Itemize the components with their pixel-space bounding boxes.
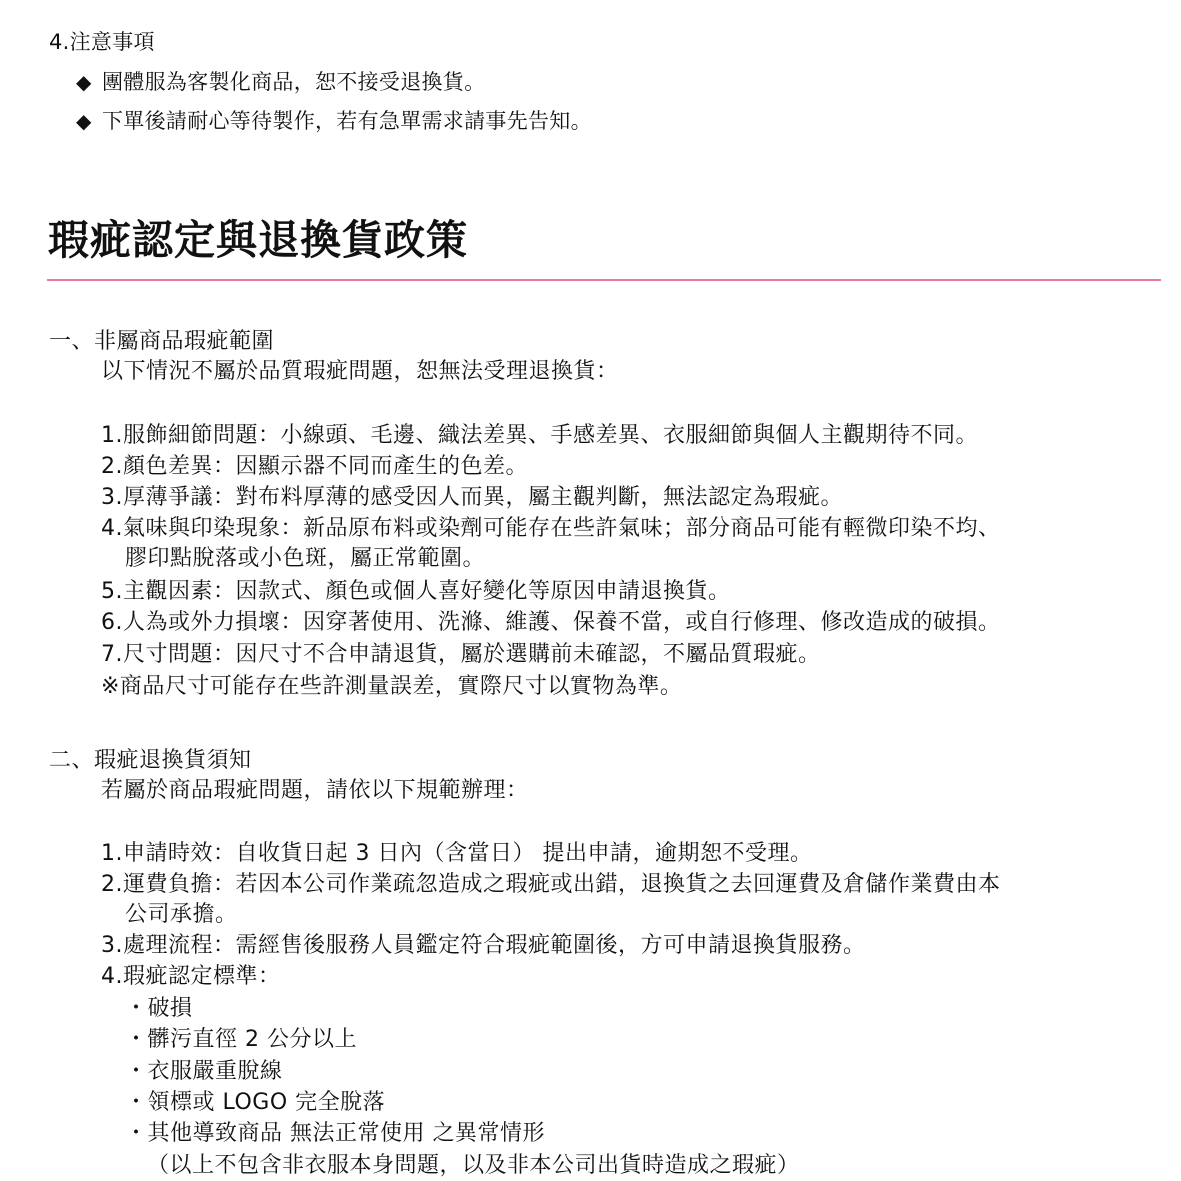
section2-item: 2.運費負擔：若因本公司作業疏忽造成之瑕疵或出錯，退換貨之去回運費及倉儲作業費由… <box>101 869 1001 900</box>
diamond-bullet-icon: ◆ <box>76 70 102 94</box>
notice-item-text: 團體服為客製化商品，恕不接受退換貨。 <box>102 70 485 94</box>
section2-item-continued: 公司承擔。 <box>125 899 238 930</box>
section1-item: 6.人為或外力損壞：因穿著使用、洗滌、維護、保養不當，或自行修理、修改造成的破損… <box>101 607 1001 638</box>
title-divider <box>47 279 1161 281</box>
section1-item: 5.主觀因素：因款式、顏色或個人喜好變化等原因申請退換貨。 <box>101 576 731 607</box>
notice-title: 4.注意事項 <box>49 26 155 56</box>
section2-item: 4.瑕疵認定標準： <box>101 961 281 992</box>
notice-item: ◆下單後請耐心等待製作，若有急單需求請事先告知。 <box>76 105 592 135</box>
section1-note: ※商品尺寸可能存在些許測量誤差，實際尺寸以實物為準。 <box>101 671 682 702</box>
notice-item: ◆團體服為客製化商品，恕不接受退換貨。 <box>76 66 485 96</box>
section2-intro: 若屬於商品瑕疵問題，請依以下規範辦理： <box>101 775 529 806</box>
diamond-bullet-icon: ◆ <box>76 109 102 133</box>
section1-item: 3.厚薄爭議：對布料厚薄的感受因人而異，屬主觀判斷，無法認定為瑕疵。 <box>101 482 843 513</box>
criteria-item: ・其他導致商品 無法正常使用 之異常情形 <box>125 1118 545 1149</box>
criteria-item: ・衣服嚴重脫線 <box>125 1056 283 1087</box>
section1-heading: 一、非屬商品瑕疵範圍 <box>49 326 274 357</box>
section1-item: 1.服飾細節問題：小線頭、毛邊、織法差異、手感差異、衣服細節與個人主觀期待不同。 <box>101 420 978 451</box>
section2-heading: 二、瑕疵退換貨須知 <box>49 745 252 776</box>
page-title: 瑕疵認定與退換貨政策 <box>48 210 468 270</box>
criteria-note: （以上不包含非衣服本身問題，以及非本公司出貨時造成之瑕疵） <box>147 1150 800 1181</box>
criteria-item: ・領標或 LOGO 完全脫落 <box>125 1087 385 1118</box>
section1-item: 2.顏色差異：因顯示器不同而產生的色差。 <box>101 451 528 482</box>
section1-item: 4.氣味與印染現象：新品原布料或染劑可能存在些許氣味；部分商品可能有輕微印染不均… <box>101 513 1001 544</box>
section1-item: 7.尺寸問題：因尺寸不合申請退貨，屬於選購前未確認，不屬品質瑕疵。 <box>101 639 821 670</box>
criteria-item: ・破損 <box>125 993 193 1024</box>
section1-item-continued: 膠印點脫落或小色斑，屬正常範圍。 <box>125 543 485 574</box>
section2-item: 3.處理流程：需經售後服務人員鑑定符合瑕疵範圍後，方可申請退換貨服務。 <box>101 930 866 961</box>
section1-intro: 以下情況不屬於品質瑕疵問題，恕無法受理退換貨： <box>101 356 619 387</box>
notice-item-text: 下單後請耐心等待製作，若有急單需求請事先告知。 <box>102 109 592 133</box>
criteria-item: ・髒污直徑 2 公分以上 <box>125 1024 357 1055</box>
section2-item: 1.申請時效：自收貨日起 3 日內（含當日） 提出申請，逾期恕不受理。 <box>101 838 812 869</box>
